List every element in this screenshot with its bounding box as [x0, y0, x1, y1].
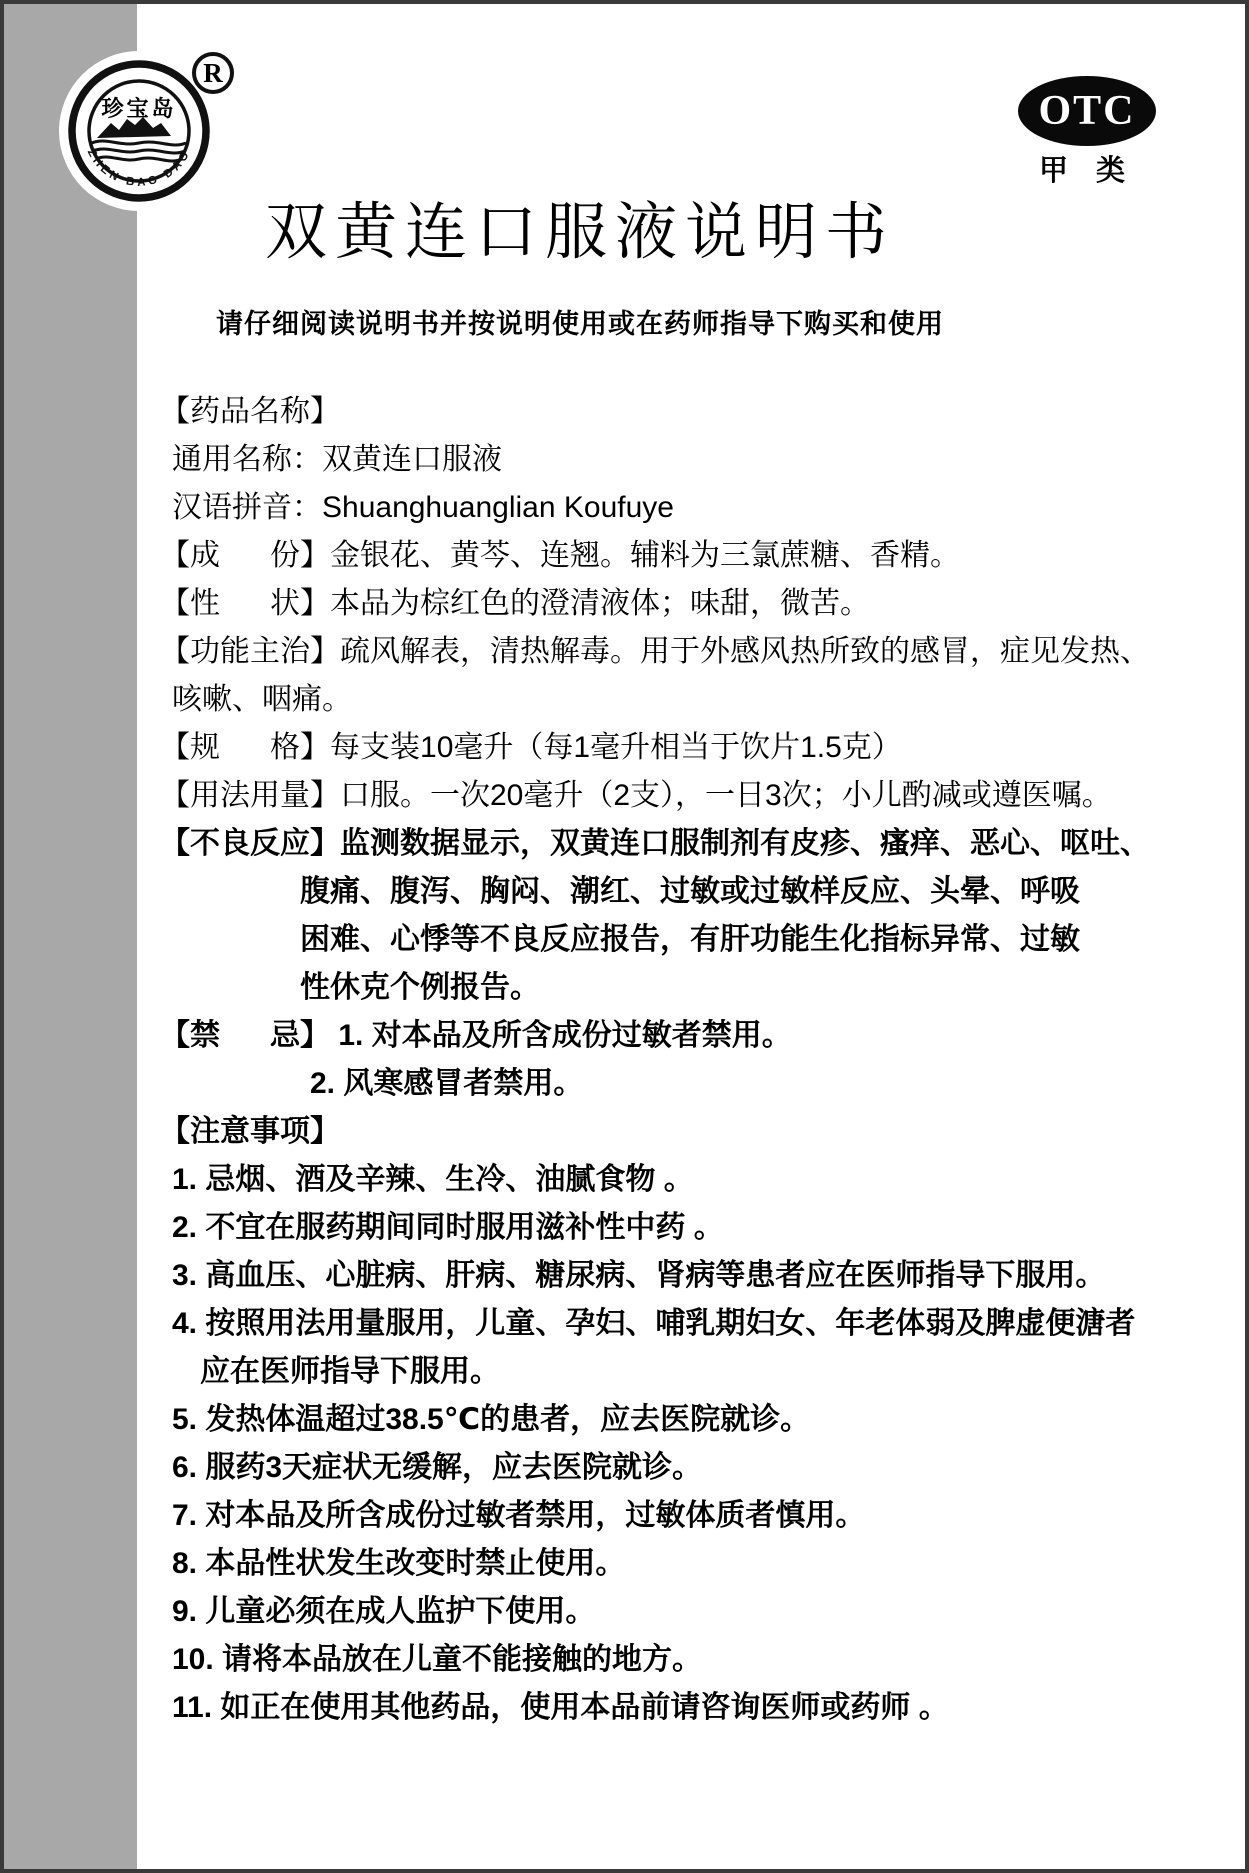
page-title: 双黄连口服液说明书	[150, 182, 1010, 271]
precaution-item-8: 8. 本品性状发生改变时禁止使用。	[172, 1540, 1170, 1588]
precaution-item-4-cont: 应在医师指导下服用。	[200, 1348, 1170, 1396]
precaution-item-10: 10. 请将本品放在儿童不能接触的地方。	[172, 1636, 1170, 1684]
otc-category-label: 甲 类	[1010, 148, 1164, 189]
otc-badge-label: OTC	[1038, 87, 1135, 135]
section-adverse-reactions: 【不良反应】监测数据显示，双黄连口服制剂有皮疹、瘙痒、恶心、呕吐、	[160, 820, 1170, 868]
logo-brand-text: 珍宝岛	[101, 96, 176, 121]
section-dosage: 【用法用量】口服。一次20毫升（2支），一日3次；小儿酌减或遵医嘱。	[160, 772, 1170, 820]
section-adverse-reactions-cont-2: 困难、心悸等不良反应报告，有肝功能生化指标异常、过敏	[300, 916, 1170, 964]
precaution-item-2: 2. 不宜在服药期间同时服用滋补性中药 。	[172, 1204, 1170, 1252]
precaution-item-3: 3. 高血压、心脏病、肝病、糖尿病、肾病等患者应在医师指导下服用。	[172, 1252, 1170, 1300]
section-adverse-reactions-cont-1: 腹痛、腹泻、胸闷、潮红、过敏或过敏样反应、头晕、呼吸	[300, 868, 1170, 916]
section-contraindications-item-2: 2. 风寒感冒者禁用。	[310, 1060, 1170, 1108]
precaution-item-5: 5. 发热体温超过38.5℃的患者，应去医院就诊。	[172, 1396, 1170, 1444]
precaution-item-4: 4. 按照用法用量服用，儿童、孕妇、哺乳期妇女、年老体弱及脾虚便溏者	[172, 1300, 1170, 1348]
section-indications: 【功能主治】疏风解表，清热解毒。用于外感风热所致的感冒，症见发热、	[160, 628, 1170, 676]
section-description: 【性 状】本品为棕红色的澄清液体；味甜，微苦。	[160, 580, 1170, 628]
section-adverse-reactions-cont-3: 性休克个例报告。	[300, 964, 1170, 1012]
section-specification: 【规 格】每支装10毫升（每1毫升相当于饮片1.5克）	[160, 724, 1170, 772]
section-label-drug-name: 【药品名称】	[160, 388, 1170, 436]
precaution-item-1: 1. 忌烟、酒及辛辣、生冷、油腻食物 。	[172, 1156, 1170, 1204]
registered-trademark-icon: R	[192, 52, 234, 94]
section-label-precautions: 【注意事项】	[160, 1108, 1170, 1156]
otc-badge: OTC	[1018, 76, 1156, 146]
package-insert-page: { "document": { "logo": { "brand_cn": "珍…	[0, 0, 1249, 1873]
line-generic-name: 通用名称：双黄连口服液	[172, 436, 1170, 484]
gray-sidebar-strip	[4, 4, 137, 1869]
precaution-item-11: 11. 如正在使用其他药品，使用本品前请咨询医师或药师 。	[172, 1684, 1170, 1732]
insert-body: 【药品名称】 通用名称：双黄连口服液 汉语拼音：Shuanghuanglian …	[160, 388, 1170, 1732]
precaution-item-9: 9. 儿童必须在成人监护下使用。	[172, 1588, 1170, 1636]
precaution-item-7: 7. 对本品及所含成份过敏者禁用，过敏体质者慎用。	[172, 1492, 1170, 1540]
section-ingredients: 【成 份】金银花、黄芩、连翘。辅料为三氯蔗糖、香精。	[160, 532, 1170, 580]
section-indications-cont: 咳嗽、咽痛。	[172, 676, 1170, 724]
precaution-item-6: 6. 服药3天症状无缓解，应去医院就诊。	[172, 1444, 1170, 1492]
page-subtitle: 请仔细阅读说明书并按说明使用或在药师指导下购买和使用	[150, 302, 1010, 341]
line-pinyin-name: 汉语拼音：Shuanghuanglian Koufuye	[172, 484, 1170, 532]
section-contraindications: 【禁 忌】 1. 对本品及所含成份过敏者禁用。	[160, 1012, 1170, 1060]
